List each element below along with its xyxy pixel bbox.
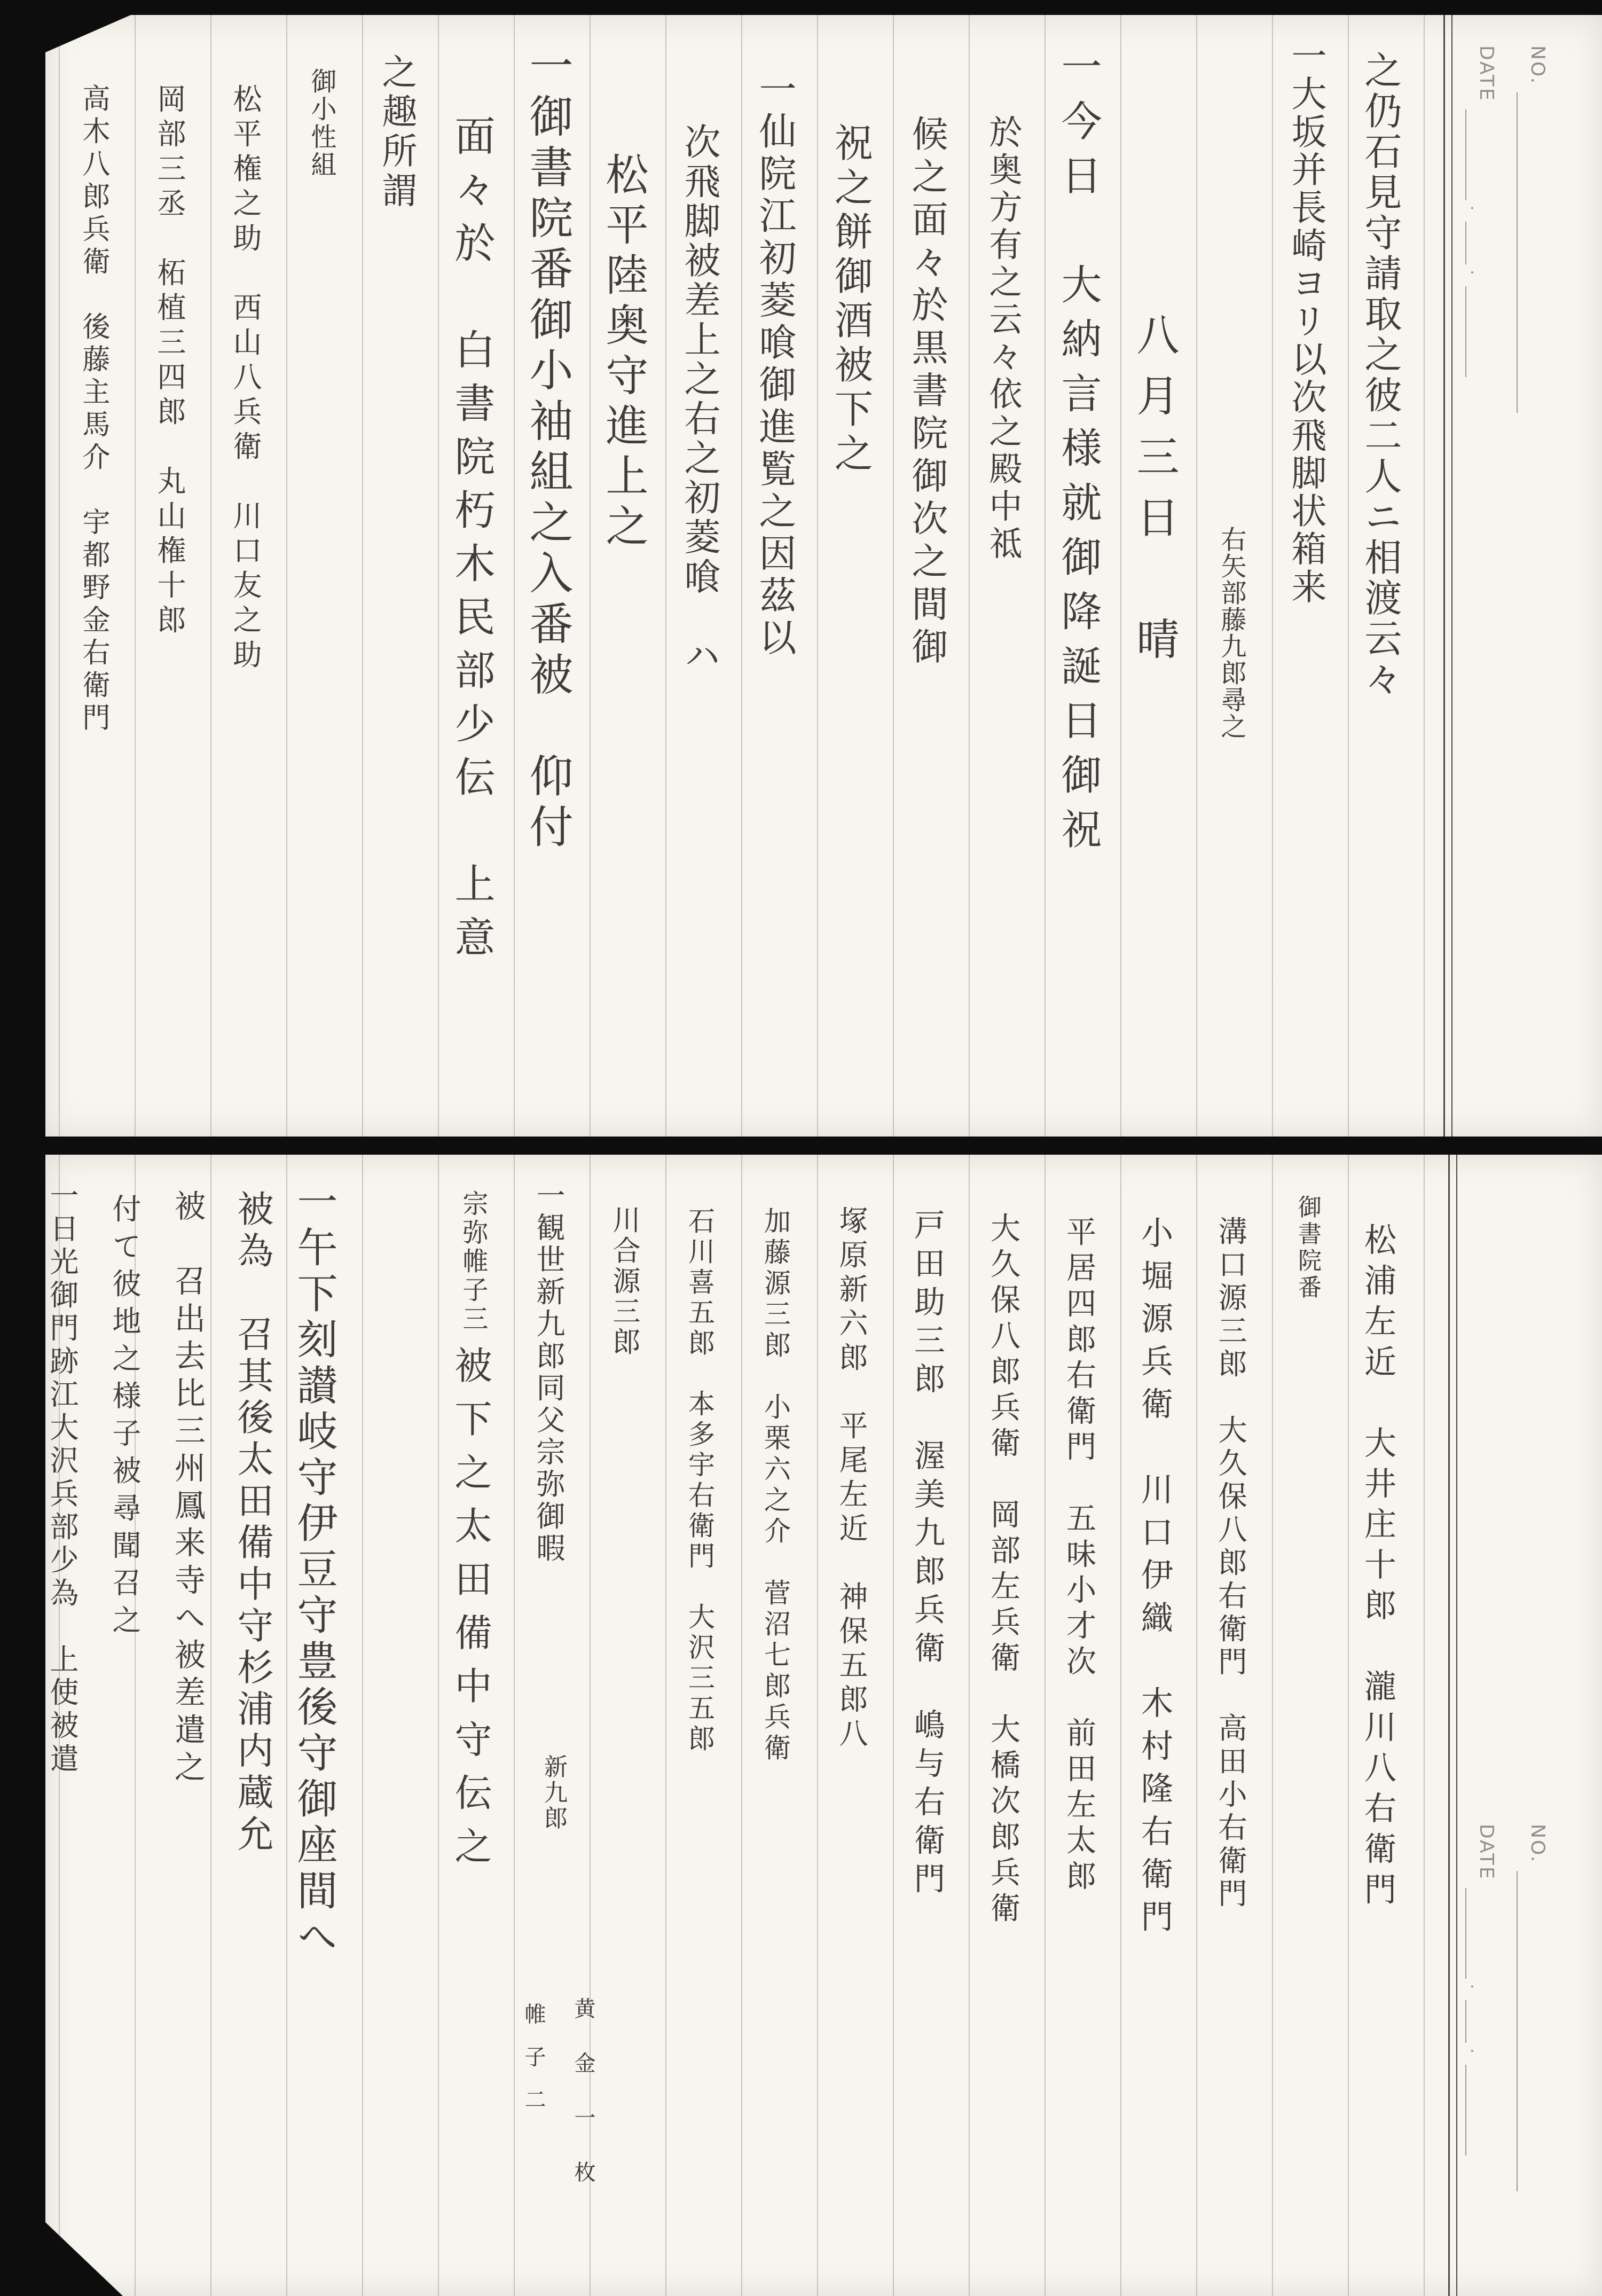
handwriting-column-b6: 大久保八郎兵衛 岡部左兵衛 大橋次郎兵衛 (988, 1212, 1018, 1928)
handwriting-column-t2: 一大坂并長崎ヨリ以次飛脚状箱来 (1288, 37, 1323, 606)
handwriting-column-b18: 一午下刻讃岐守伊豆守豊後守御座間へ (294, 1180, 334, 1961)
handwriting-column-t11: 松平陸奥守進上之 (602, 152, 645, 554)
handwriting-column-b12: 一観世新九郎同父宗弥御暇 (534, 1180, 563, 1565)
handwriting-column-t10: 次飛脚被差上之右之初菱喰 ハ (681, 123, 717, 676)
handwriting-column-b17: 被下之太田備中守伝之 (452, 1346, 489, 1880)
handwriting-column-t15: 御小性組 (309, 68, 334, 179)
no-label: NO. (1527, 1824, 1549, 1863)
handwriting-column-b21: 付て彼地之様子被尋聞召之 (110, 1194, 139, 1642)
handwriting-column-t6: 於奥方有之云々依之殿中祗 (986, 115, 1019, 563)
handwriting-column-b10: 石川喜五郎 本多宇右衛門 大沢三五郎 (686, 1207, 713, 1755)
handwriting-column-b8: 塚原新六郎 平尾左近 神保五郎八 (837, 1205, 866, 1752)
date-dot: · (1462, 2048, 1481, 2055)
handwriting-column-b1: 松浦左近 大井庄十郎 瀧川八右衛門 (1362, 1223, 1394, 1913)
date-underline (1465, 222, 1467, 264)
scanned-notebook: { "notebook": { "no_label": "NO.", "date… (0, 0, 1602, 2296)
handwriting-note-soya: 宗弥帷子三 (460, 1190, 486, 1334)
date-underline (1465, 286, 1467, 377)
date-dot: · (1462, 1984, 1481, 1991)
no-underline (1517, 1871, 1519, 2191)
handwriting-column-b9: 加藤源三郎 小栗六之介 菅沼七郎兵衛 (762, 1207, 789, 1765)
handwriting-column-t5: 一今日 大納言様就御降誕日御祝 (1058, 45, 1098, 863)
date-dot: · (1462, 270, 1481, 277)
handwriting-column-b2: 御書院番 (1295, 1195, 1319, 1302)
date-underline (1465, 1888, 1467, 1979)
handwriting-column-b19: 被為 召其後太田備中守杉浦内蔵允 (234, 1190, 270, 1856)
no-underline (1517, 92, 1519, 413)
handwriting-column-t4: 八月三日 晴 (1133, 312, 1175, 678)
date-label: DATE (1475, 45, 1497, 102)
margin-line (1451, 15, 1452, 1137)
handwriting-column-b5: 平居四郎右衛門 五味小才次 前田左太郎 (1064, 1216, 1094, 1896)
handwriting-column-t14: 之趣所謂 (379, 53, 414, 211)
date-underline (1465, 2000, 1467, 2043)
handwriting-column-b11: 川合源三郎 (610, 1205, 638, 1358)
handwriting-column-b22: 一日光御門跡江大沢兵部少為 上使被遣 (48, 1180, 76, 1776)
no-label: NO. (1527, 45, 1549, 85)
handwriting-column-t8: 祝之餅御酒被下之 (831, 123, 870, 477)
date-underline (1465, 109, 1467, 200)
date-label: DATE (1475, 1824, 1497, 1880)
handwriting-note-gift-robe: 帷子二 (523, 2003, 544, 2131)
no-date-header: NO. DATE · · (1460, 45, 1549, 473)
date-dot: · (1462, 206, 1481, 213)
handwriting-column-t9: 一仙院江初菱喰御進覧之因茲以 (756, 69, 794, 660)
handwriting-column-t3: 右矢部藤九郎尋之 (1219, 526, 1244, 740)
handwriting-column-t1: 之仍石見守請取之彼二人ニ相渡云々 (1362, 51, 1399, 700)
no-date-header: NO. DATE · · (1460, 1824, 1549, 2251)
date-underline (1465, 2065, 1467, 2156)
margin-line (1456, 1155, 1457, 2296)
margin-line (1448, 1155, 1450, 2296)
handwriting-column-b3: 溝口源三郎 大久保八郎右衛門 高田小右衛門 (1216, 1216, 1245, 1911)
handwriting-column-t7: 候之面々於黒書院御次之間御 (908, 115, 945, 670)
handwriting-column-t13: 面々於 白書院朽木民部少伝 上意 (451, 115, 492, 969)
handwriting-column-t18: 高木八郎兵衛 後藤主馬介 宇都野金右衛門 (80, 84, 107, 735)
handwriting-column-b20: 被 召出去比三州鳳来寺へ被差遣之 (172, 1190, 203, 1788)
handwriting-note-gift-gold: 黄金一枚 (572, 1997, 594, 2215)
handwriting-column-t16: 松平権之助 西山八兵衛 川口友之助 (231, 84, 260, 674)
handwriting-column-b4: 小堀源兵衛 川口伊織 木村隆右衛門 (1138, 1216, 1171, 1942)
handwriting-column-t12: 一御書院番御小袖組之入番被 仰付 (525, 43, 569, 855)
handwriting-note-recipient: 新九郎 (541, 1754, 565, 1831)
handwriting-column-b7: 戸田助三郎 渥美九郎兵衛 嶋与右衛門 (912, 1209, 943, 1901)
handwriting-column-t17: 岡部三丞 柘植三四郎 丸山権十郎 (155, 84, 184, 639)
margin-line (1443, 15, 1445, 1137)
